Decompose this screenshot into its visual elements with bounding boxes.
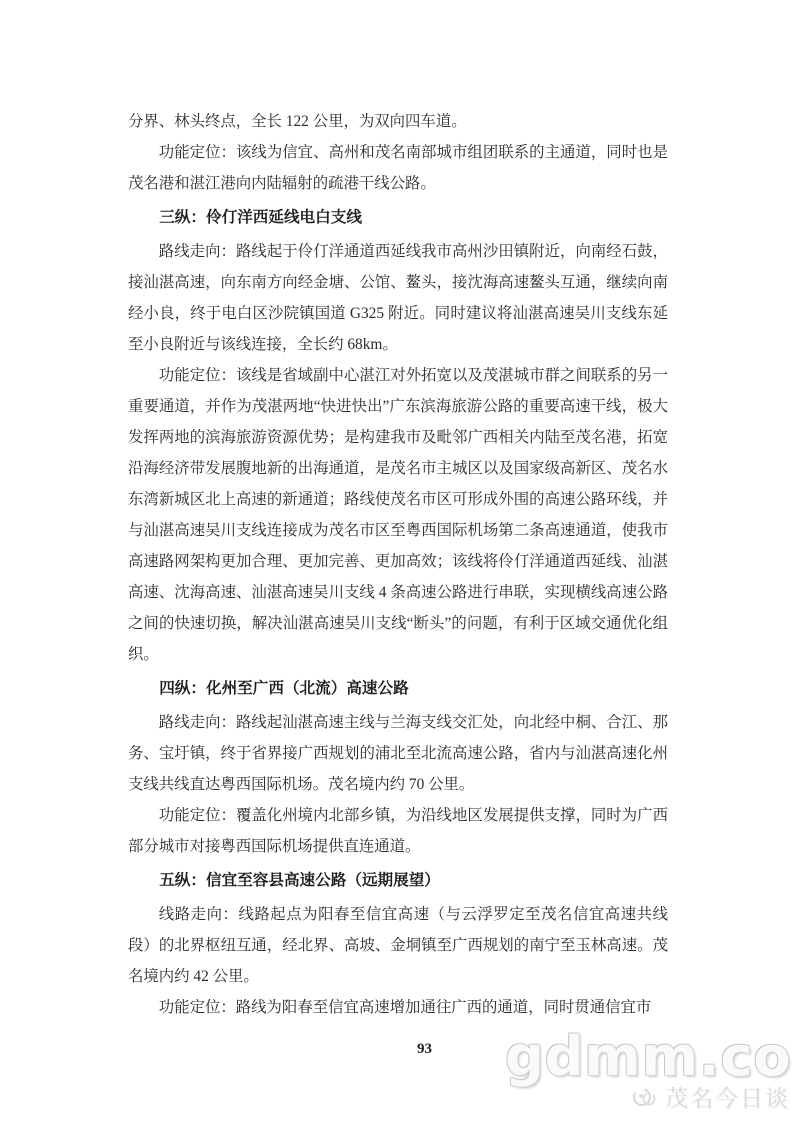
section-heading: 四纵：化州至广西（北流）高速公路 — [128, 673, 668, 704]
paragraph: 路线走向：路线起汕湛高速主线与兰海支线交汇处，向北经中桐、合江、那务、宝圩镇，终… — [128, 707, 668, 800]
paragraph: 线路走向：线路起点为阳春至信宜高速（与云浮罗定至茂名信宜高速共线段）的北界枢纽互… — [128, 899, 668, 992]
paragraph: 功能定位：该线是省域副中心湛江对外拓宽以及茂湛城市群之间联系的另一重要通道，并作… — [128, 360, 668, 670]
paragraph: 功能定位：路线为阳春至信宜高速增加通往广西的通道，同时贯通信宜市 — [128, 992, 668, 1023]
paragraph: 路线走向：路线起于伶仃洋通道西延线我市高州沙田镇附近，向南经石鼓，接汕湛高速，向… — [128, 236, 668, 360]
section-heading: 三纵：伶仃洋西延线电白支线 — [128, 202, 668, 233]
page-number: 93 — [0, 1041, 794, 1058]
document-body: 分界、林头终点，全长 122 公里，为双向四车道。功能定位：该线为信宜、高州和茂… — [128, 106, 668, 1023]
paragraph: 分界、林头终点，全长 122 公里，为双向四车道。 — [128, 106, 668, 137]
section-heading: 五纵：信宜至容县高速公路（远期展望） — [128, 865, 668, 896]
document-page: 分界、林头终点，全长 122 公里，为双向四车道。功能定位：该线为信宜、高州和茂… — [0, 0, 794, 1123]
chat-bubble-logo-icon — [630, 1083, 658, 1111]
paragraph: 功能定位：覆盖化州境内北部乡镇，为沿线地区发展提供支撑，同时为广西部分城市对接粤… — [128, 800, 668, 862]
watermark-brand: 茂名今日谈 — [505, 1080, 790, 1113]
watermark-brand-text: 茂名今日谈 — [665, 1080, 790, 1113]
paragraph: 功能定位：该线为信宜、高州和茂名南部城市组团联系的主通道，同时也是茂名港和湛江港… — [128, 137, 668, 199]
